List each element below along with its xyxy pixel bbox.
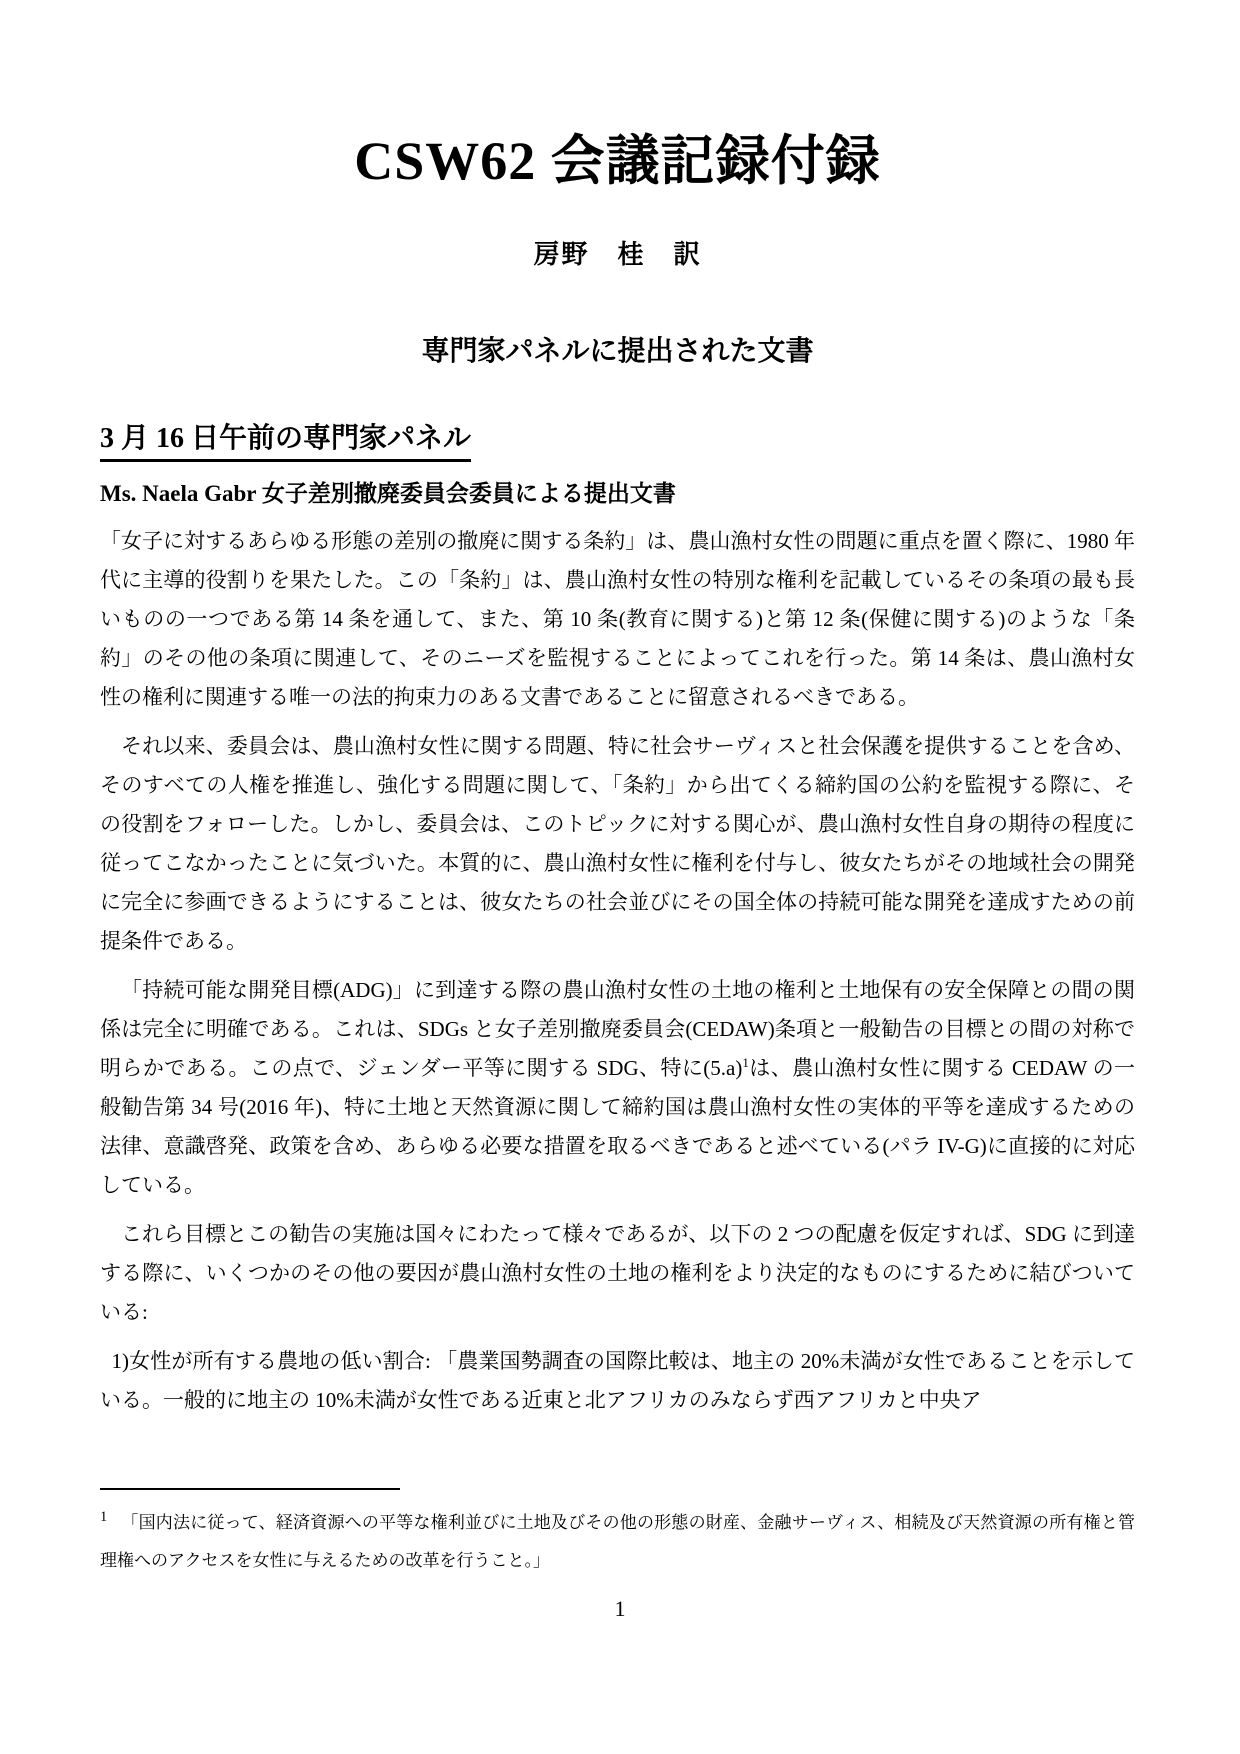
footnote-text: 「国内法に従って、経済資源への平等な権利並びに土地及びその他の形態の財産、金融サ… (100, 1513, 1135, 1570)
footnote-separator-rule (100, 1488, 400, 1490)
footnote-marker: 1 (100, 1509, 107, 1525)
paragraph-3: 「持続可能な開発目標(ADG)」に到達する際の農山漁村女性の土地の権利と土地保有… (100, 971, 1135, 1205)
footnote-area: 1「国内法に従って、経済資源への平等な権利並びに土地及びその他の形態の財産、金融… (100, 1488, 1135, 1580)
paragraph-1: 「女子に対するあらゆる形態の差別の撤廃に関する条約」は、農山漁村女性の問題に重点… (100, 522, 1135, 717)
page-number: 1 (0, 1596, 1240, 1622)
translator-line: 房野 桂 訳 (100, 234, 1135, 271)
document-title: CSW62 会議記録付録 (100, 128, 1135, 196)
subsection-heading: Ms. Naela Gabr 女子差別撤廃委員会委員による提出文書 (100, 478, 1135, 510)
section-heading: 3 月 16 日午前の専門家パネル (100, 421, 1135, 462)
paragraph-4: これら目標とこの勧告の実施は国々にわたって様々であるが、以下の 2 つの配慮を仮… (100, 1215, 1135, 1332)
list-item-1: 1)女性が所有する農地の低い割合: 「農業国勢調査の国際比較は、地主の 20%未… (100, 1342, 1135, 1420)
document-page: CSW62 会議記録付録 房野 桂 訳 専門家パネルに提出された文書 3 月 1… (0, 0, 1240, 1754)
section-heading-text: 3 月 16 日午前の専門家パネル (100, 421, 471, 462)
footnote-1: 1「国内法に従って、経済資源への平等な権利並びに土地及びその他の形態の財産、金融… (100, 1504, 1135, 1580)
paragraph-2: それ以来、委員会は、農山漁村女性に関する問題、特に社会サーヴィスと社会保護を提供… (100, 727, 1135, 961)
document-subtitle: 専門家パネルに提出された文書 (100, 329, 1135, 369)
